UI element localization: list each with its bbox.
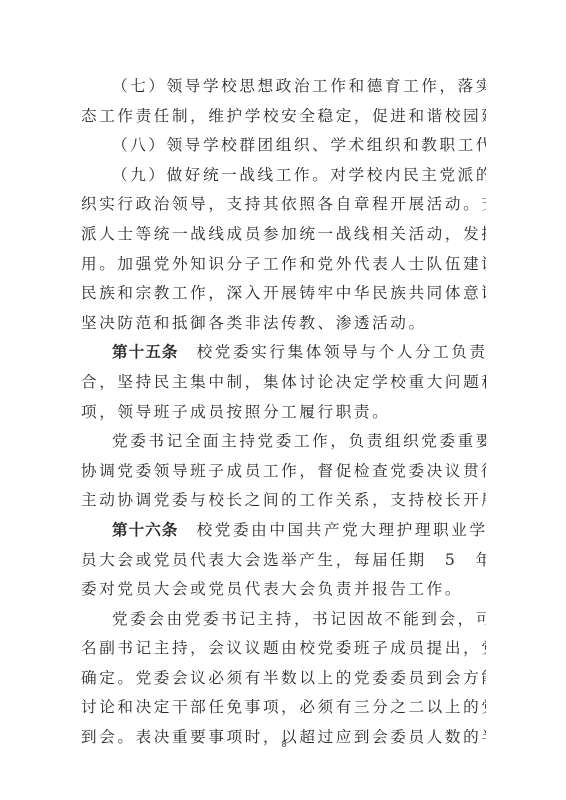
document-page: （七）领导学校思想政治工作和德育工作，落实意识形态工作责任制，维护学校安全稳定，… — [0, 0, 566, 800]
line-text: 校党委由中国共产党大理护理职业学院党 — [178, 521, 486, 539]
text-line: 民族和宗教工作，深入开展铸牢中华民族共同体意识教育， — [81, 279, 486, 309]
line-text: 主动协调党委与校长之间的工作关系，支持校长开展工作。 — [81, 491, 486, 509]
text-line: 主动协调党委与校长之间的工作关系，支持校长开展工作。 — [81, 486, 486, 516]
text-line: 坚决防范和抵御各类非法传教、渗透活动。 — [81, 309, 486, 339]
article-number: 第十五条 — [112, 343, 178, 361]
line-text: 党委会由党委书记主持，书记因故不能到会，可授权一 — [112, 610, 486, 628]
line-text: 员大会或党员代表大会选举产生，每届任期 5 年。校党 — [81, 551, 486, 569]
text-line: 态工作责任制，维护学校安全稳定，促进和谐校园建设。 — [81, 102, 486, 132]
line-text: 态工作责任制，维护学校安全稳定，促进和谐校园建设。 — [81, 107, 486, 125]
text-line: 名副书记主持，会议议题由校党委班子成员提出，党委书记 — [81, 634, 486, 664]
page-number: 8 — [279, 740, 289, 749]
text-line: 织实行政治领导，支持其依照各自章程开展活动。支持无党 — [81, 190, 486, 220]
text-line: 用。加强党外知识分子工作和党外代表人士队伍建设。加强 — [81, 250, 486, 280]
text-line: 合，坚持民主集中制，集体讨论决定学校重大问题和重要事 — [81, 368, 486, 398]
text-line: （七）领导学校思想政治工作和德育工作，落实意识形 — [81, 72, 486, 102]
line-text: 派人士等统一战线成员参加统一战线相关活动，发挥积极作 — [81, 225, 486, 243]
line-text: 民族和宗教工作，深入开展铸牢中华民族共同体意识教育， — [81, 284, 486, 302]
line-text: （七）领导学校思想政治工作和德育工作，落实意识形 — [112, 77, 486, 95]
line-text: 织实行政治领导，支持其依照各自章程开展活动。支持无党 — [81, 195, 486, 213]
article-heading-line: 第十六条 校党委由中国共产党大理护理职业学院党 — [81, 516, 486, 546]
line-text: 讨论和决定干部任免事项，必须有三分之二以上的党委委员 — [81, 698, 486, 716]
document-body: （七）领导学校思想政治工作和德育工作，落实意识形态工作责任制，维护学校安全稳定，… — [81, 72, 486, 753]
text-line: 协调党委领导班子成员工作，督促检查党委决议贯彻落实， — [81, 457, 486, 487]
text-line: 委对党员大会或党员代表大会负责并报告工作。 — [81, 575, 486, 605]
line-text: 项，领导班子成员按照分工履行职责。 — [81, 403, 390, 421]
line-text: 坚决防范和抵御各类非法传教、渗透活动。 — [81, 314, 427, 332]
text-line: 党委会由党委书记主持，书记因故不能到会，可授权一 — [81, 605, 486, 635]
line-text: 名副书记主持，会议议题由校党委班子成员提出，党委书记 — [81, 639, 486, 657]
text-line: 确定。党委会议必须有半数以上的党委委员到会方能举行； — [81, 664, 486, 694]
line-text: （九）做好统一战线工作。对学校内民主党派的基层组 — [112, 166, 486, 184]
line-text: 校党委实行集体领导与个人分工负责相结 — [178, 343, 486, 361]
text-line: 党委书记全面主持党委工作，负责组织党委重要活动， — [81, 427, 486, 457]
line-text: 协调党委领导班子成员工作，督促检查党委决议贯彻落实， — [81, 462, 486, 480]
text-line: 讨论和决定干部任免事项，必须有三分之二以上的党委委员 — [81, 693, 486, 723]
text-line: （九）做好统一战线工作。对学校内民主党派的基层组 — [81, 161, 486, 191]
line-text: 委对党员大会或党员代表大会负责并报告工作。 — [81, 580, 463, 598]
article-heading-line: 第十五条 校党委实行集体领导与个人分工负责相结 — [81, 338, 486, 368]
text-line: 项，领导班子成员按照分工履行职责。 — [81, 398, 486, 428]
line-text: 合，坚持民主集中制，集体讨论决定学校重大问题和重要事 — [81, 373, 486, 391]
line-text: 确定。党委会议必须有半数以上的党委委员到会方能举行； — [81, 669, 486, 687]
text-line: （八）领导学校群团组织、学术组织和教职工代表大会。 — [81, 131, 486, 161]
line-text: 党委书记全面主持党委工作，负责组织党委重要活动， — [112, 432, 486, 450]
text-line: 员大会或党员代表大会选举产生，每届任期 5 年。校党 — [81, 546, 486, 576]
line-text: （八）领导学校群团组织、学术组织和教职工代表大会。 — [112, 136, 486, 154]
text-line: 派人士等统一战线成员参加统一战线相关活动，发挥积极作 — [81, 220, 486, 250]
article-number: 第十六条 — [112, 521, 178, 539]
line-text: 用。加强党外知识分子工作和党外代表人士队伍建设。加强 — [81, 255, 486, 273]
